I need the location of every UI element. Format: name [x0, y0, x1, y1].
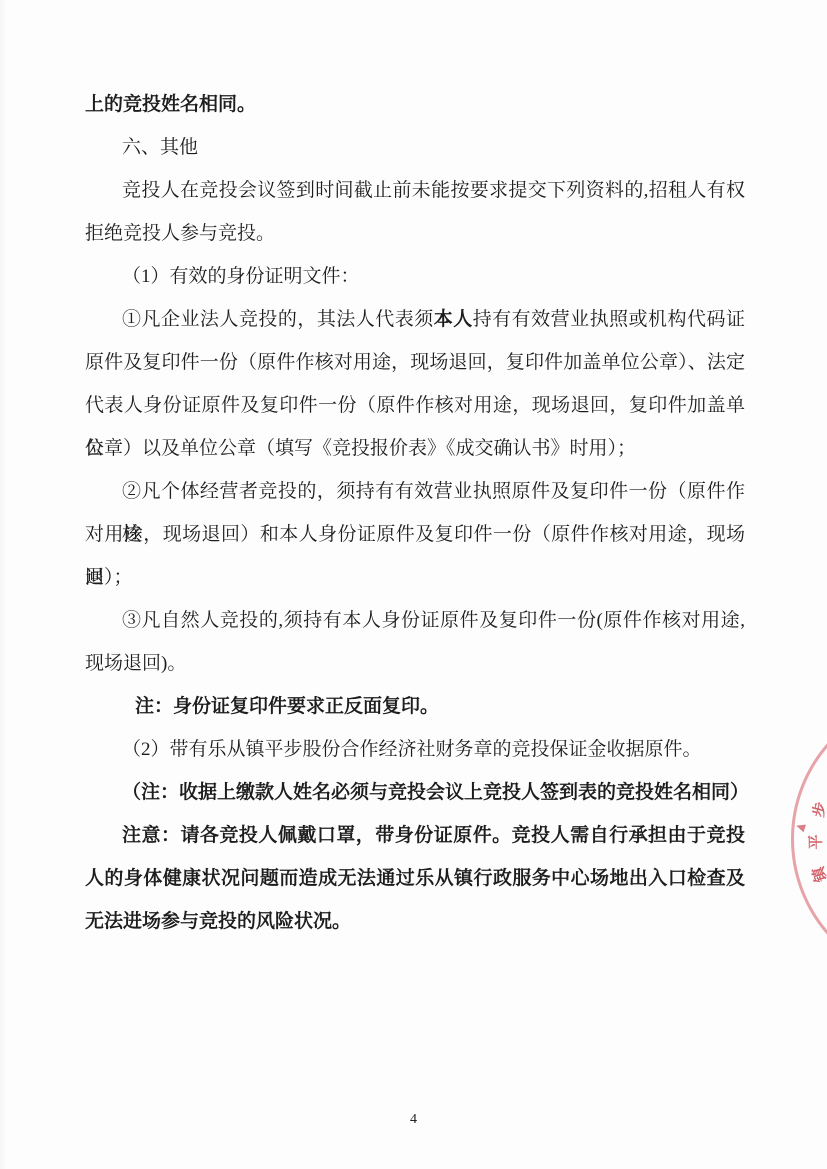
intro-paragraph-line: 拒绝竞投人参与竞投。 [85, 212, 745, 255]
emphasized-text: 本人 [434, 309, 473, 330]
clause-1-line: ①凡企业法人竞投的，其法人代表须本人持有有效营业执照或机构代码证 [85, 298, 745, 341]
official-seal-stamp: 份 股 步 平 镇 从 乐 [791, 694, 827, 984]
item-2-line: （2）带有乐从镇平步股份合作经济社财务章的竞投保证金收据原件。 [85, 728, 745, 771]
seal-arc-char: 平 [810, 834, 825, 849]
seal-inner-mark [795, 822, 806, 832]
seal-arc-char: 镇 [812, 865, 827, 883]
seal-arc-char: 步 [812, 801, 827, 819]
clause-3-line: ③凡自然人竞投的,须持有本人身份证原件及复印件一份(原件作核对用途, [85, 599, 745, 642]
note-id-copy: 注：身份证复印件要求正反面复印。 [85, 685, 745, 728]
page-number: 4 [0, 1112, 827, 1128]
notice-line: 无法进场参与竞投的风险状况。 [85, 900, 745, 943]
clause-1-line: 代表人身份证原件及复印件一份（原件作核对用途，现场退回，复印件加盖单位 [85, 384, 745, 427]
clause-3-line: 现场退回)。 [85, 642, 745, 685]
item-1-heading: （1）有效的身份证明文件： [85, 255, 745, 298]
continuation-line: 上的竞投姓名相同。 [85, 83, 745, 126]
clause-text: ①凡企业法人竞投的，其法人代表须 [122, 309, 434, 330]
intro-paragraph-line: 竞投人在竞投会议签到时间截止前未能按要求提交下列资料的,招租人有权 [85, 169, 745, 212]
clause-2-line: 回）； [85, 556, 745, 599]
clause-1-line: 公章）以及单位公章（填写《竞投报价表》《成交确认书》时用）； [85, 427, 745, 470]
notice-line: 人的身体健康状况问题而造成无法通过乐从镇行政服务中心场地出入口检查及 [85, 857, 745, 900]
clause-text: 持有有效营业执照或机构代码证 [473, 309, 745, 330]
clause-1-line: 原件及复印件一份（原件作核对用途，现场退回，复印件加盖单位公章）、法定 [85, 341, 745, 384]
clause-2-line: 对用途，现场退回）和本人身份证原件及复印件一份（原件作核对用途，现场退 [85, 513, 745, 556]
note-receipt-name: （注：收据上缴款人姓名必须与竞投会议上竞投人签到表的竞投姓名相同） [85, 771, 745, 814]
document-body: 上的竞投姓名相同。 六、其他 竞投人在竞投会议签到时间截止前未能按要求提交下列资… [85, 83, 745, 943]
clause-2-line: ②凡个体经营者竞投的，须持有有效营业执照原件及复印件一份（原件作核 [85, 470, 745, 513]
notice-line: 注意：请各竞投人佩戴口罩，带身份证原件。竞投人需自行承担由于竞投 [85, 814, 745, 857]
section-heading-other: 六、其他 [85, 126, 745, 169]
document-page: 上的竞投姓名相同。 六、其他 竞投人在竞投会议签到时间截止前未能按要求提交下列资… [0, 0, 827, 1169]
